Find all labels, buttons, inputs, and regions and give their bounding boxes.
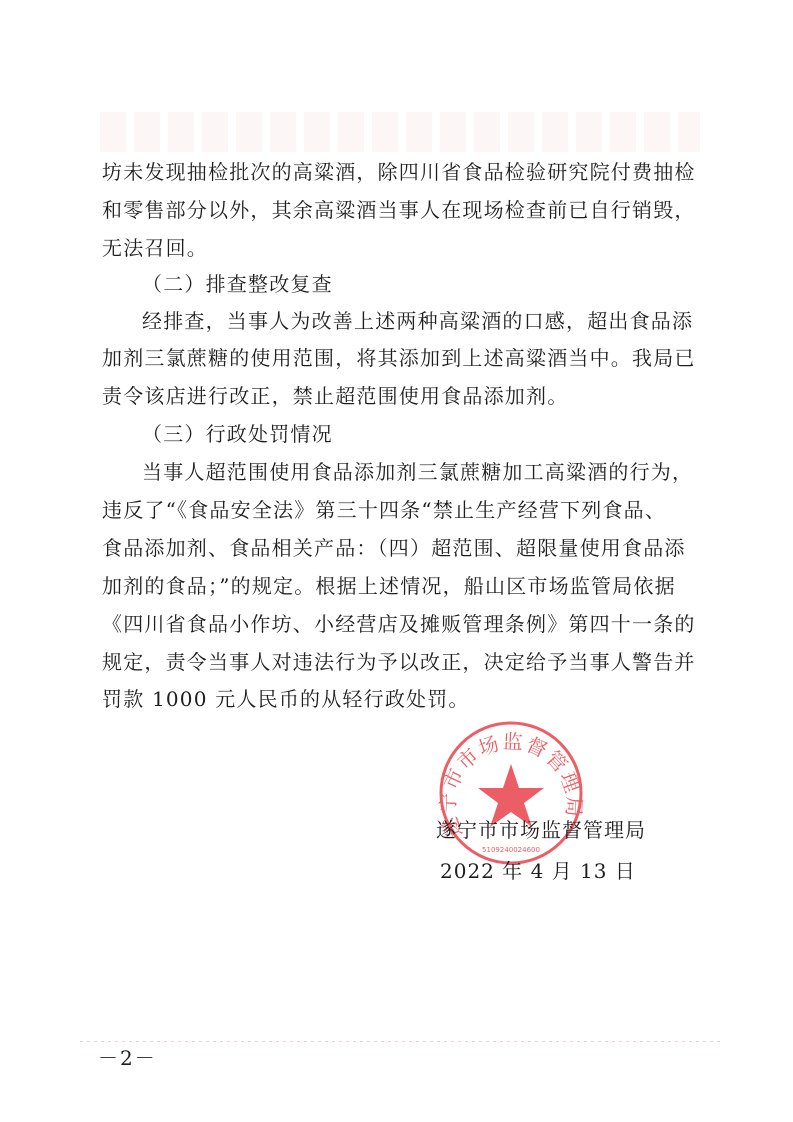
svg-text:5109240024600: 5109240024600 <box>482 846 540 854</box>
paragraph-line: 责令该店进行改正，禁止超范围使用食品添加剂。 <box>102 382 702 410</box>
paragraph-line: 加剂三氯蔗糖的使用范围，将其添加到上述高粱酒当中。我局已 <box>102 344 702 372</box>
paragraph-line: 食品添加剂、食品相关产品：（四）超范围、超限量使用食品添 <box>102 534 702 562</box>
paragraph-line: 当事人超范围使用食品添加剂三氯蔗糖加工高粱酒的行为， <box>142 458 742 486</box>
paragraph-line: 无法召回。 <box>102 234 702 262</box>
paragraph-line: 《四川省食品小作坊、小经营店及摊贩管理条例》第四十一条的 <box>102 610 702 638</box>
paragraph-line: 罚款 1000 元人民币的从轻行政处罚。 <box>102 685 702 713</box>
section-heading-3: （三）行政处罚情况 <box>142 420 742 448</box>
paragraph-line: 违反了“《食品安全法》第三十四条“禁止生产经营下列食品、 <box>102 496 702 524</box>
section-heading-2: （二）排查整改复查 <box>142 270 742 298</box>
footer-divider <box>80 1041 720 1042</box>
paragraph-line: 和零售部分以外，其余高粱酒当事人在现场检查前已自行销毁， <box>102 196 702 224</box>
paragraph-line: 经排查，当事人为改善上述两种高粱酒的口感，超出食品添 <box>142 307 742 335</box>
paragraph-line: 坊未发现抽检批次的高粱酒，除四川省食品检验研究院付费抽检 <box>102 158 702 186</box>
page-number: －2－ <box>98 1045 157 1071</box>
document-page: 坊未发现抽检批次的高粱酒，除四川省食品检验研究院付费抽检 和零售部分以外，其余高… <box>0 0 793 1122</box>
official-seal-icon: 遂宁市市场监督管理局 5109240024600 <box>436 718 586 868</box>
paragraph-line: 加剂的食品；”的规定。根据上述情况，船山区市场监管局依据 <box>102 572 702 600</box>
issuing-organization: 遂宁市市场监督管理局 <box>436 816 646 844</box>
issue-date: 2022 年 4 月 13 日 <box>440 857 636 885</box>
paragraph-line: 规定，责令当事人对违法行为予以改正，决定给予当事人警告并 <box>102 648 702 676</box>
bleed-through-watermark <box>100 112 700 152</box>
